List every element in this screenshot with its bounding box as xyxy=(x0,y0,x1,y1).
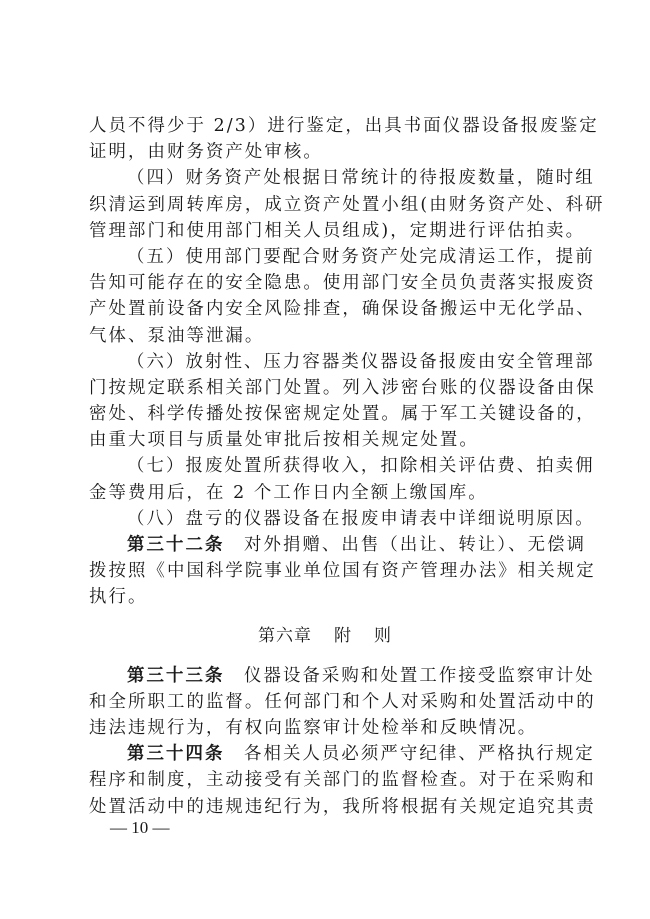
chapter-title-part-2: 则 xyxy=(374,626,392,646)
article-34-line-1: 第三十四条 各相关人员必须严守纪律、严格执行规定 xyxy=(89,741,561,767)
chapter-number: 第六章 xyxy=(258,626,312,646)
text-line: 证明，由财务资产处审核。 xyxy=(89,139,561,165)
text-line: 密处、科学传播处按保密规定处置。属于军工关键设备的， xyxy=(89,401,561,427)
text-line: （八）盘亏的仪器设备在报废申请表中详细说明原因。 xyxy=(89,506,561,532)
article-34-text: 各相关人员必须严守纪律、严格执行规定 xyxy=(244,744,595,764)
text-line: 告知可能存在的安全隐患。使用部门安全员负责落实报废资 xyxy=(89,270,561,296)
text-line: 违法违规行为，有权向监察审计处检举和反映情况。 xyxy=(89,715,561,741)
text-line: 管理部门和使用部门相关人员组成)，定期进行评估拍卖。 xyxy=(89,218,561,244)
text-line: 产处置前设备内安全风险排查，确保设备搬运中无化学品、 xyxy=(89,296,561,322)
article-32-text: 对外捐赠、出售（出让、转让）、无偿调 xyxy=(244,535,586,555)
text-line: 拨按照《中国科学院事业单位国有资产管理办法》相关规定 xyxy=(89,558,561,584)
text-line: 由重大项目与质量处审批后按相关规定处置。 xyxy=(89,427,561,453)
article-32-line-1: 第三十二条 对外捐赠、出售（出让、转让）、无偿调 xyxy=(89,532,561,558)
text-line: 执行。 xyxy=(89,584,561,610)
article-34-label: 第三十四条 xyxy=(127,744,224,764)
article-32-label: 第三十二条 xyxy=(127,535,224,555)
text-line: 处置活动中的违规违纪行为，我所将根据有关规定追究其责 xyxy=(89,794,561,820)
text-line: （六）放射性、压力容器类仪器设备报废由安全管理部 xyxy=(89,349,561,375)
article-33-label: 第三十三条 xyxy=(127,666,224,686)
page-number: — 10 — xyxy=(110,818,170,838)
text-line: 气体、泵油等泄漏。 xyxy=(89,323,561,349)
body-text-block: 人员不得少于 2/3）进行鉴定，出具书面仪器设备报废鉴定 证明，由财务资产处审核… xyxy=(89,113,561,532)
text-line: （七）报废处置所获得收入，扣除相关评估费、拍卖佣 xyxy=(89,453,561,479)
text-line: 程序和制度，主动接受有关部门的监督检查。对于在采购和 xyxy=(89,767,561,793)
text-line: 人员不得少于 2/3）进行鉴定，出具书面仪器设备报废鉴定 xyxy=(89,113,561,139)
text-line: 和全所职工的监督。任何部门和个人对采购和处置活动中的 xyxy=(89,689,561,715)
text-line: （五）使用部门要配合财务资产处完成清运工作，提前 xyxy=(89,244,561,270)
text-line: （四）财务资产处根据日常统计的待报废数量，随时组 xyxy=(89,165,561,191)
text-line: 金等费用后，在 2 个工作日内全额上缴国库。 xyxy=(89,480,561,506)
article-34: 第三十四条 各相关人员必须严守纪律、严格执行规定 程序和制度，主动接受有关部门的… xyxy=(89,741,561,820)
document-page: 人员不得少于 2/3）进行鉴定，出具书面仪器设备报废鉴定 证明，由财务资产处审核… xyxy=(89,113,561,820)
chapter-title-part-1: 附 xyxy=(334,626,352,646)
article-33-text: 仪器设备采购和处置工作接受监察审计处 xyxy=(244,666,595,686)
text-line: 织清运到周转库房，成立资产处置小组(由财务资产处、科研 xyxy=(89,192,561,218)
article-33: 第三十三条 仪器设备采购和处置工作接受监察审计处 和全所职工的监督。任何部门和个… xyxy=(89,663,561,742)
text-line: 门按规定联系相关部门处置。列入涉密台账的仪器设备由保 xyxy=(89,375,561,401)
article-32: 第三十二条 对外捐赠、出售（出让、转让）、无偿调 拨按照《中国科学院事业单位国有… xyxy=(89,532,561,611)
chapter-heading: 第六章附则 xyxy=(89,623,561,649)
article-33-line-1: 第三十三条 仪器设备采购和处置工作接受监察审计处 xyxy=(89,663,561,689)
